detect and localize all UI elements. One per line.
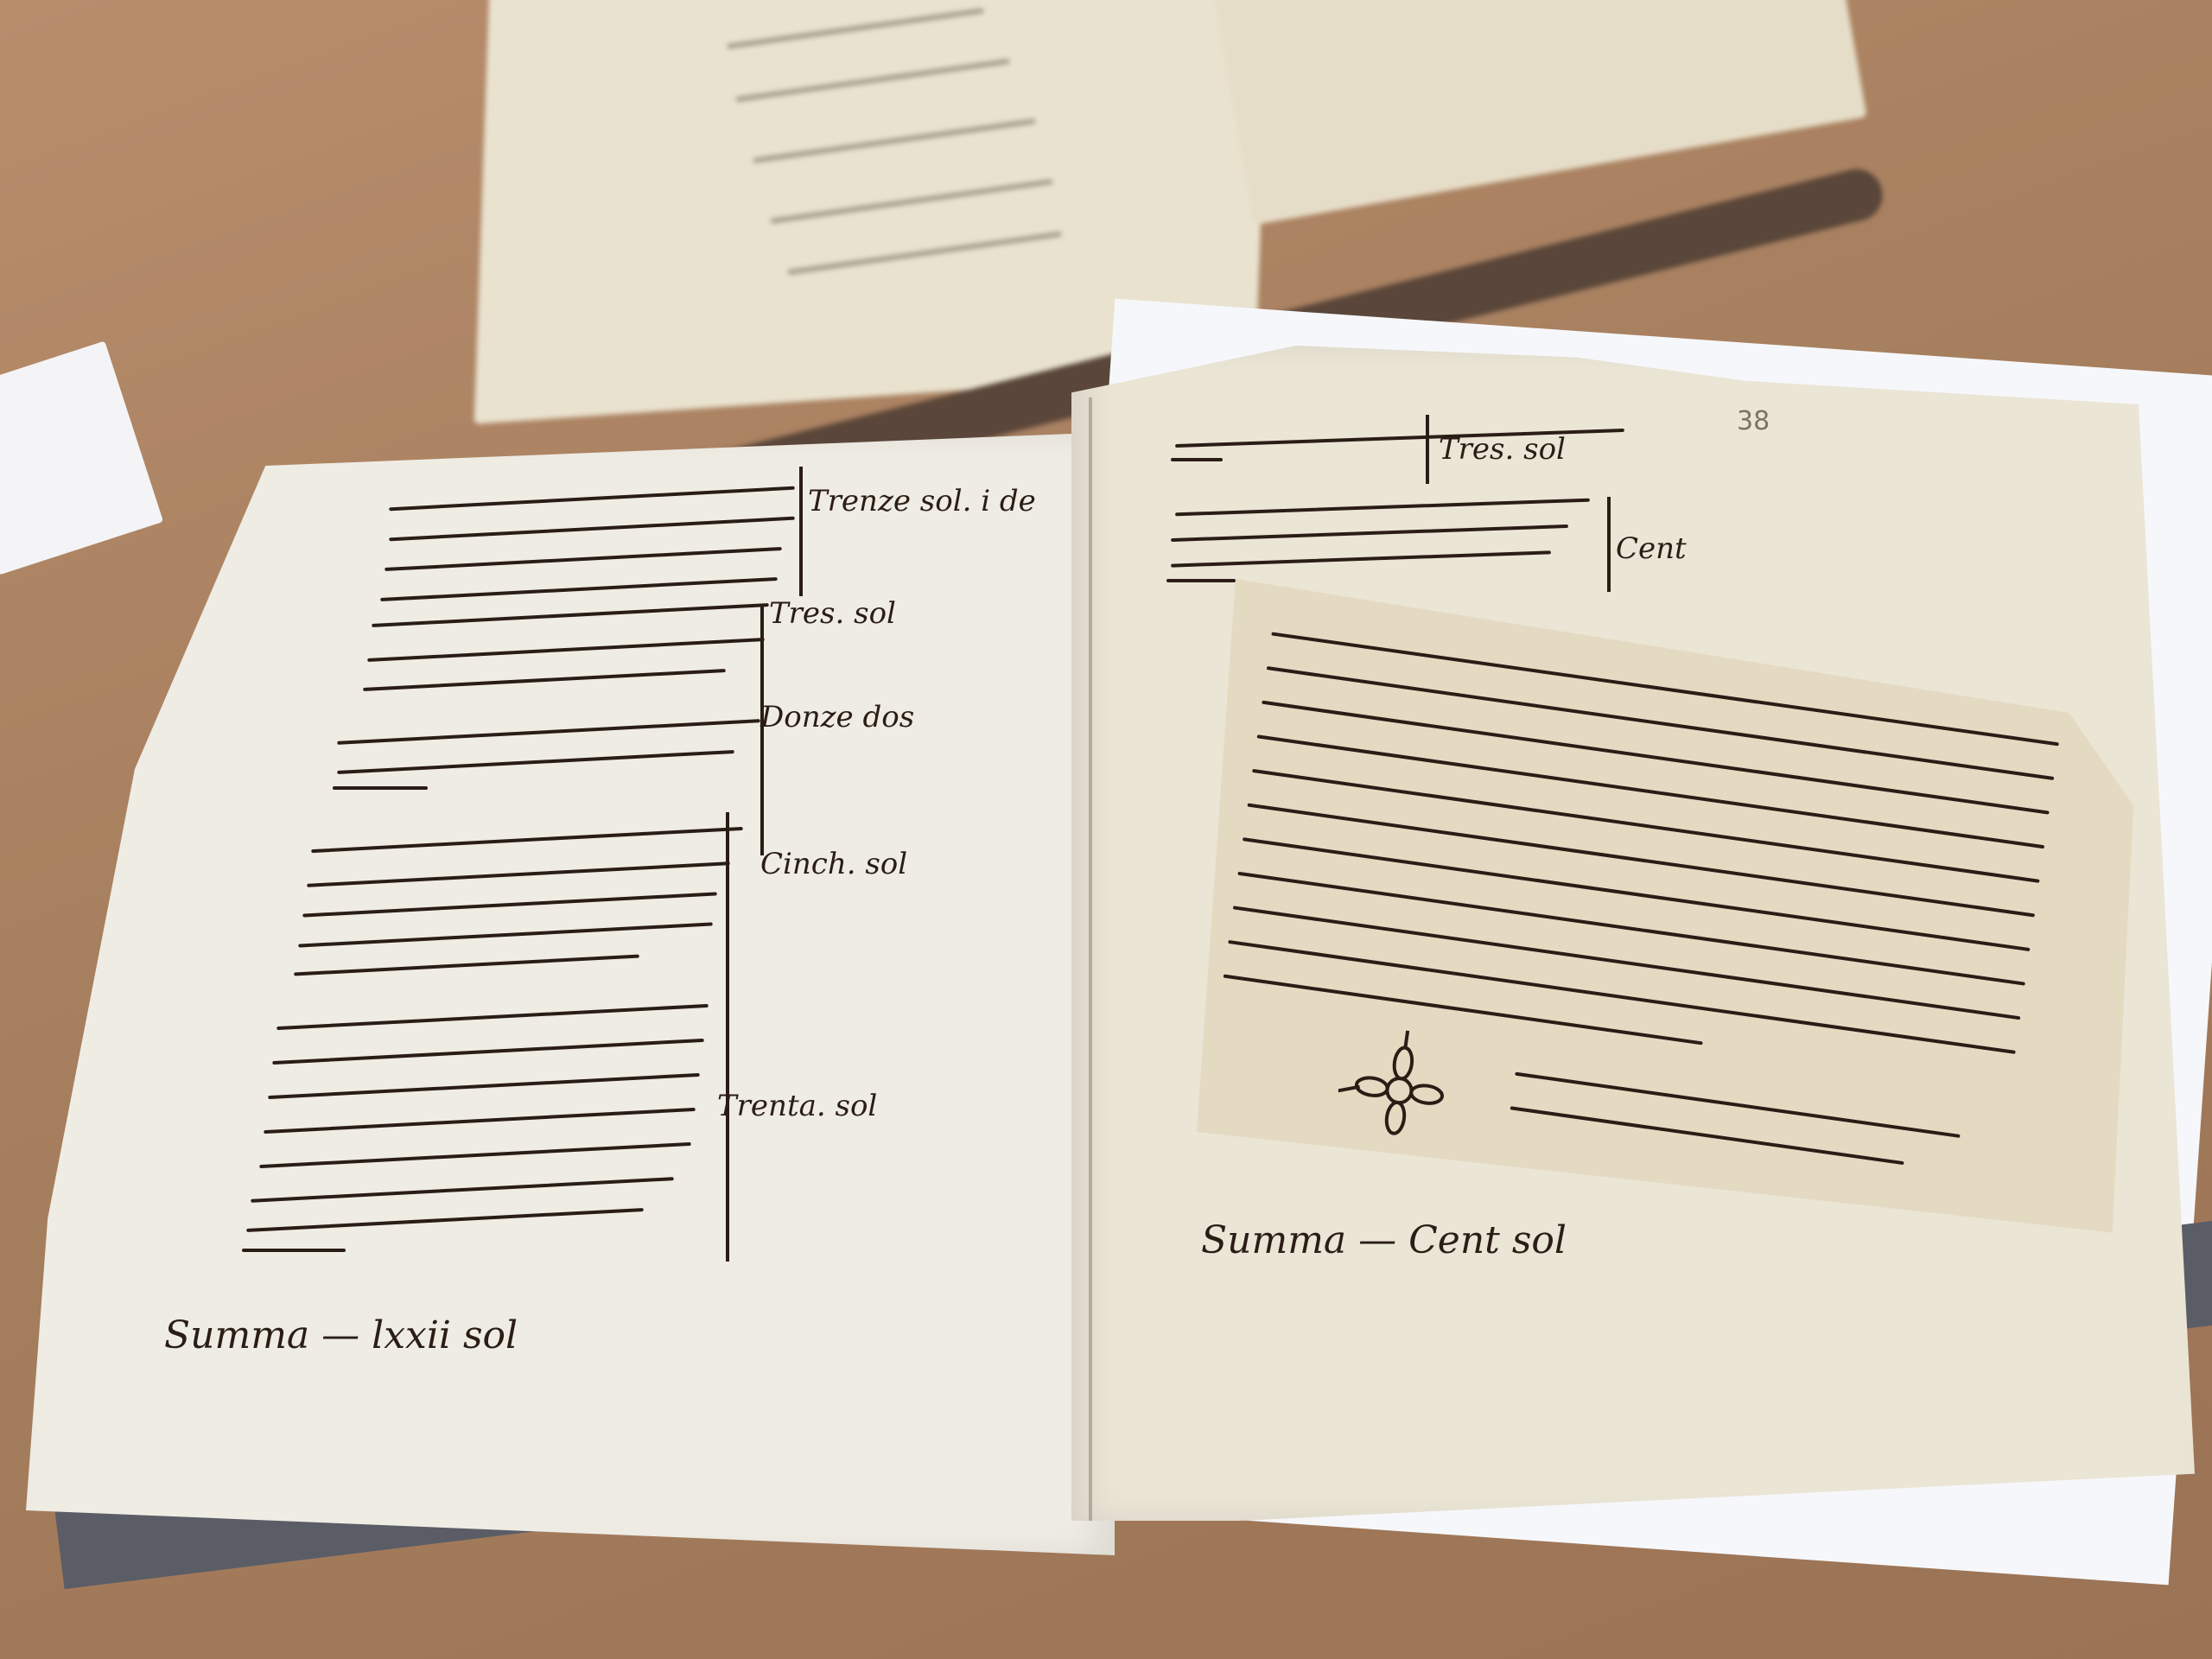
entry-amount: Cinch. sol [760,847,907,881]
letter-line [1510,1106,1904,1165]
handwritten-line [333,786,428,790]
entry-amount: Donze dos [760,700,914,734]
page-number: 38 [1737,406,1770,436]
handwritten-line [1171,458,1223,461]
bracket [726,812,729,1262]
entry-amount: Tres. sol [1439,432,1566,467]
entry-amount: Cent [1616,531,1687,566]
bracket [799,467,803,596]
book-gutter [1089,397,1092,1521]
letter-line [1224,975,1703,1046]
main-manuscript: Trenze sol. i de Tres. sol Donze dos Cin… [0,0,2212,1659]
bracket [1607,497,1611,592]
letter-line [1247,803,2035,917]
letter-line [1237,872,2025,986]
letter-line [1243,837,2031,951]
right-page-total: Summa — Cent sol [1201,1218,1567,1262]
letter-line [1233,906,2021,1020]
left-page-total: Summa — lxxii sol [164,1313,518,1357]
entry-amount: Tres. sol [769,596,896,631]
entry-amount: Trenta. sol [717,1089,877,1123]
bracket [1426,415,1429,484]
handwritten-line [1166,579,1236,582]
entry-amount: Trenze sol. i de [808,484,1036,518]
letter-line [1262,701,2050,815]
left-page [26,432,1115,1555]
letter-line [1515,1072,1960,1138]
letter-line [1252,769,2040,883]
letter-line [1257,734,2045,849]
handwritten-line [242,1249,346,1252]
notary-sign-icon [1331,1022,1467,1159]
